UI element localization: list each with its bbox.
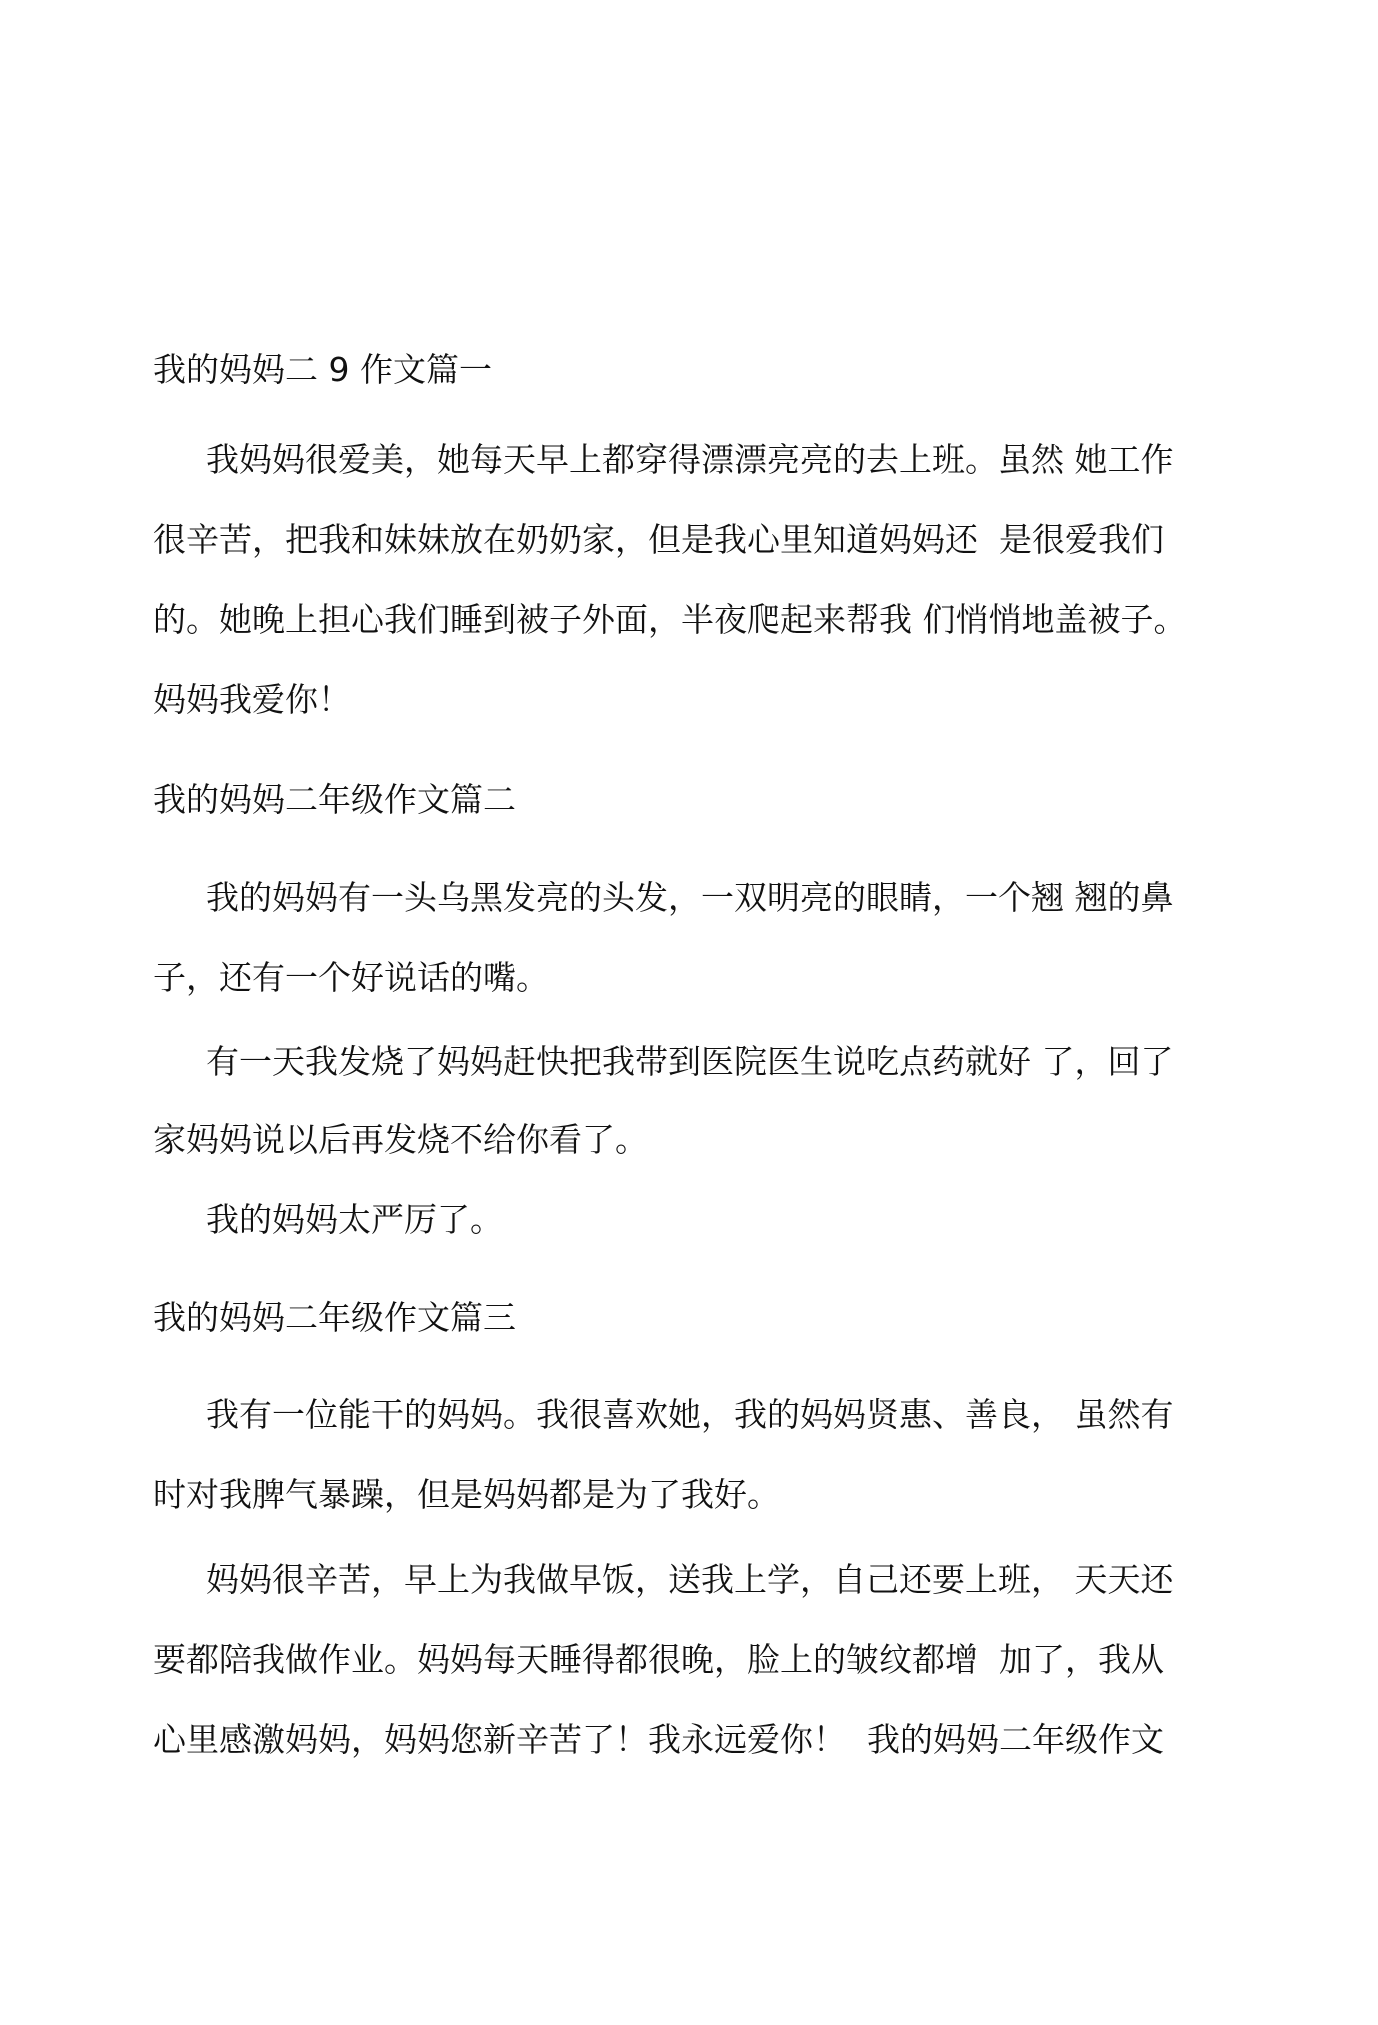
paragraph-line: 有一天我发烧了妈妈赶快把我带到医院医生说吃点药就好 了，回了 [206,1042,1236,1082]
paragraph-line: 时对我脾气暴躁，但是妈妈都是为了我好。 [153,1475,1233,1515]
paragraph-line: 要都陪我做作业。妈妈每天睡得都很晚，脸上的皱纹都增 加了，我从 [153,1640,1233,1680]
section-heading-2: 我的妈妈二年级作文篇二 [153,780,1233,820]
section-heading-1: 我的妈妈二 9 作文篇一 [153,350,1233,390]
paragraph-line: 心里感激妈妈，妈妈您新辛苦了！我永远爱你！ 我的妈妈二年级作文 [153,1720,1233,1760]
paragraph-line: 我有一位能干的妈妈。我很喜欢她，我的妈妈贤惠、善良， 虽然有 [206,1395,1236,1435]
paragraph-line: 我妈妈很爱美，她每天早上都穿得漂漂亮亮的去上班。虽然 她工作 [206,440,1236,480]
section-heading-3: 我的妈妈二年级作文篇三 [153,1298,1233,1338]
document-page: 我的妈妈二 9 作文篇一 我妈妈很爱美，她每天早上都穿得漂漂亮亮的去上班。虽然 … [0,0,1378,2025]
paragraph-line: 我的妈妈有一头乌黑发亮的头发，一双明亮的眼睛，一个翘 翘的鼻 [206,878,1236,918]
paragraph-line: 子，还有一个好说话的嘴。 [153,958,1233,998]
paragraph-line: 的。她晚上担心我们睡到被子外面，半夜爬起来帮我 们悄悄地盖被子。 [153,600,1233,640]
paragraph-line: 很辛苦，把我和妹妹放在奶奶家，但是我心里知道妈妈还 是很爱我们 [153,520,1233,560]
paragraph-line: 妈妈很辛苦，早上为我做早饭，送我上学，自己还要上班， 天天还 [206,1560,1236,1600]
paragraph-line: 妈妈我爱你！ [153,680,1233,720]
paragraph-line: 我的妈妈太严厉了。 [206,1200,1236,1240]
paragraph-line: 家妈妈说以后再发烧不给你看了。 [153,1120,1233,1160]
